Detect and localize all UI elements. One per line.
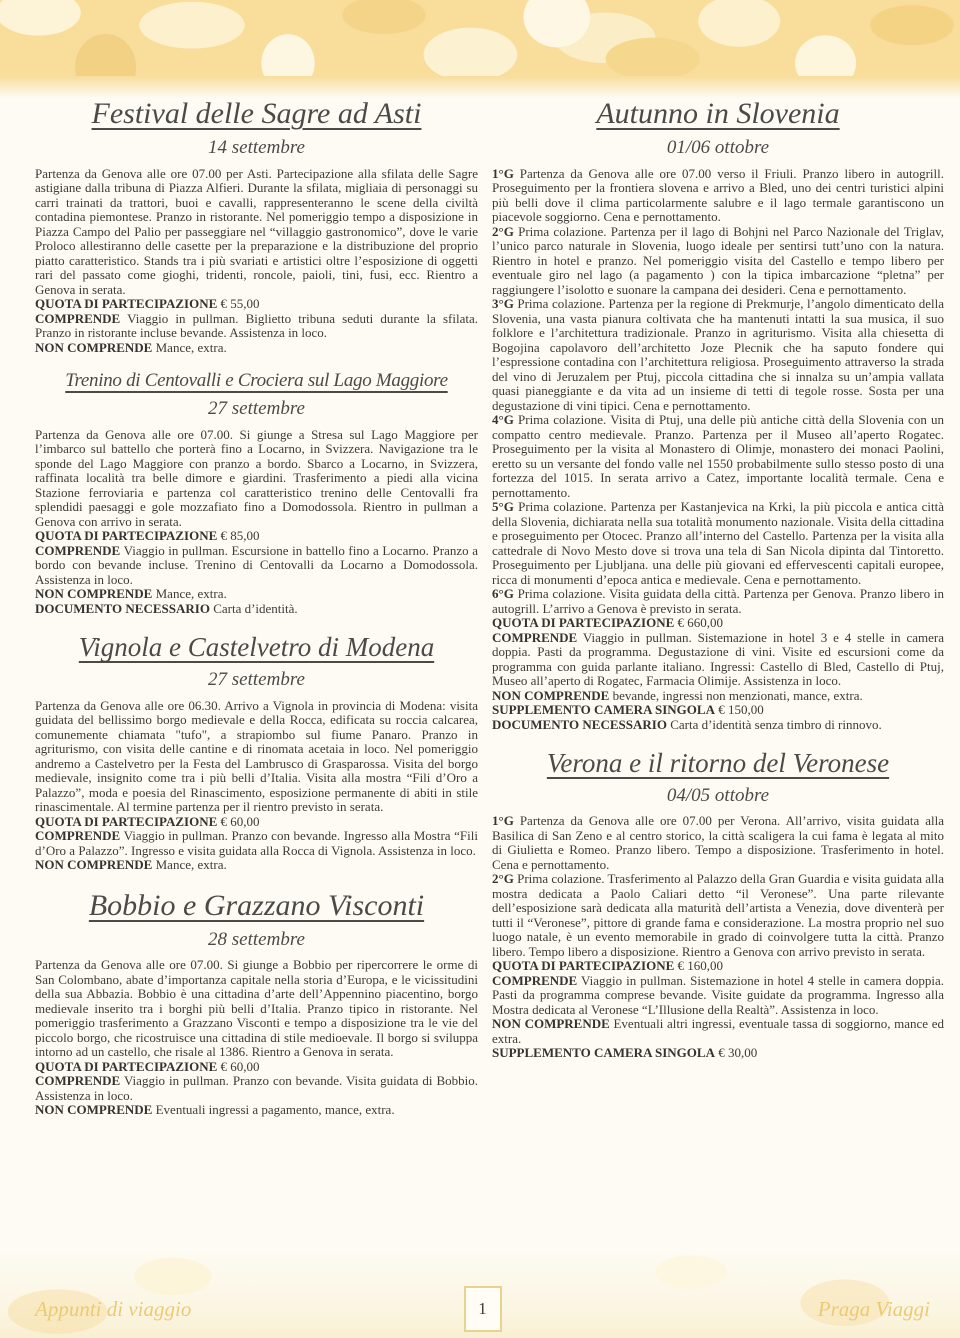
paragraph: QUOTA DI PARTECIPAZIONE € 60,00 [35, 1060, 478, 1075]
paragraph: QUOTA DI PARTECIPAZIONE € 160,00 [492, 959, 944, 974]
section-body: Partenza da Genova alle ore 07.00. Si gi… [35, 958, 478, 1118]
paragraph: NON COMPRENDE Eventuali ingressi a pagam… [35, 1103, 478, 1118]
paragraph: COMPRENDE Viaggio in pullman. Biglietto … [35, 312, 478, 341]
paragraph: COMPRENDE Viaggio in pullman. Sistemazio… [492, 631, 944, 689]
paragraph: 2°G Prima colazione. Trasferimento al Pa… [492, 872, 944, 959]
paragraph-label: QUOTA DI PARTECIPAZIONE [35, 296, 217, 311]
section-date: 01/06 ottobre [492, 137, 944, 160]
paragraph-label: NON COMPRENDE [492, 688, 609, 703]
paragraph-text: € 60,00 [221, 814, 260, 829]
brochure-page: Festival delle Sagre ad Asti 14 settembr… [0, 0, 960, 1338]
paragraph: NON COMPRENDE Mance, extra. [35, 587, 478, 602]
paragraph: COMPRENDE Viaggio in pullman. Pranzo con… [35, 829, 478, 858]
left-column: Festival delle Sagre ad Asti 14 settembr… [35, 96, 478, 1118]
paragraph-text: Partenza da Genova alle ore 07.00. Si gi… [35, 957, 478, 1059]
section-title: Trenino di Centovalli e Crociera sul Lag… [35, 370, 478, 393]
paragraph-text: € 30,00 [718, 1045, 757, 1060]
paragraph-text: Partenza da Genova alle ore 07.00 verso … [492, 166, 944, 225]
right-column: Autunno in Slovenia 01/06 ottobre 1°G Pa… [492, 96, 944, 1118]
paragraph: Partenza da Genova alle ore 07.00. Si gi… [35, 958, 478, 1060]
paragraph-text: Mance, extra. [156, 586, 227, 601]
paragraph: 5°G Prima colazione. Partenza per Kastan… [492, 500, 944, 587]
section-date: 27 settembre [35, 669, 478, 692]
paragraph: QUOTA DI PARTECIPAZIONE € 660,00 [492, 616, 944, 631]
paragraph-text: € 160,00 [678, 958, 724, 973]
section-title: Vignola e Castelvetro di Modena [35, 631, 478, 663]
paragraph: NON COMPRENDE Mance, extra. [35, 858, 478, 873]
paragraph-label: QUOTA DI PARTECIPAZIONE [492, 958, 674, 973]
paragraph: 4°G Prima colazione. Visita di Ptuj, una… [492, 413, 944, 500]
paragraph-label: QUOTA DI PARTECIPAZIONE [35, 1059, 217, 1074]
trip-section: Verona e il ritorno del Veronese 04/05 o… [492, 747, 944, 1061]
paragraph-text: Prima colazione. Visita di Ptuj, una del… [492, 412, 944, 500]
paragraph-text: Partenza da Genova alle ore 07.00. Si gi… [35, 427, 478, 529]
paragraph: 3°G Prima colazione. Partenza per la reg… [492, 297, 944, 413]
paragraph-text: Partenza da Genova alle ore 06.30. Arriv… [35, 698, 478, 815]
paragraph: 1°G Partenza da Genova alle ore 07.00 ve… [492, 167, 944, 225]
paragraph: 2°G Prima colazione. Partenza per il lag… [492, 225, 944, 298]
paragraph-label: DOCUMENTO NECESSARIO [492, 717, 667, 732]
section-body: 1°G Partenza da Genova alle ore 07.00 pe… [492, 814, 944, 1061]
paragraph-text: Carta d’identità. [213, 601, 297, 616]
paragraph-text: € 85,00 [221, 528, 260, 543]
paragraph-label: NON COMPRENDE [492, 1016, 610, 1031]
paragraph-label: NON COMPRENDE [35, 1102, 152, 1117]
paragraph-label: 2°G [492, 871, 514, 886]
paragraph: NON COMPRENDE bevande, ingressi non menz… [492, 689, 944, 704]
section-title: Verona e il ritorno del Veronese [492, 747, 944, 779]
section-body: Partenza da Genova alle ore 07.00. Si gi… [35, 428, 478, 617]
paragraph-label: 2°G [492, 224, 514, 239]
paragraph: NON COMPRENDE Eventuali altri ingressi, … [492, 1017, 944, 1046]
trip-section: Trenino di Centovalli e Crociera sul Lag… [35, 370, 478, 616]
paragraph-text: Mance, extra. [156, 857, 227, 872]
paragraph-text: bevande, ingressi non menzionati, mance,… [613, 688, 863, 703]
paragraph-text: Mance, extra. [156, 340, 227, 355]
paragraph-label: COMPRENDE [492, 973, 577, 988]
page-number-box: 1 [464, 1286, 502, 1332]
paragraph: 1°G Partenza da Genova alle ore 07.00 pe… [492, 814, 944, 872]
paragraph-label: 4°G [492, 412, 514, 427]
page-number: 1 [478, 1299, 487, 1319]
trip-section: Festival delle Sagre ad Asti 14 settembr… [35, 96, 478, 355]
paragraph: DOCUMENTO NECESSARIO Carta d’identità. [35, 602, 478, 617]
section-title: Autunno in Slovenia [492, 96, 944, 132]
paragraph-label: 1°G [492, 166, 514, 181]
paragraph: QUOTA DI PARTECIPAZIONE € 60,00 [35, 815, 478, 830]
paragraph-text: Eventuali ingressi a pagamento, mance, e… [156, 1102, 395, 1117]
paragraph-text: € 55,00 [221, 296, 260, 311]
paragraph-label: 6°G [492, 586, 514, 601]
paragraph: COMPRENDE Viaggio in pullman. Escursione… [35, 544, 478, 588]
paragraph: SUPPLEMENTO CAMERA SINGOLA € 150,00 [492, 703, 944, 718]
trip-section: Autunno in Slovenia 01/06 ottobre 1°G Pa… [492, 96, 944, 732]
paragraph-text: Prima colazione. Visita guidata della ci… [492, 586, 944, 616]
paragraph: NON COMPRENDE Mance, extra. [35, 341, 478, 356]
paragraph: Partenza da Genova alle ore 07.00. Si gi… [35, 428, 478, 530]
paragraph-text: € 150,00 [718, 702, 764, 717]
section-body: 1°G Partenza da Genova alle ore 07.00 ve… [492, 167, 944, 733]
page-footer: Appunti di viaggio 1 Praga Viaggi [0, 1286, 960, 1332]
paragraph-text: Partenza da Genova alle ore 07.00 per Ve… [492, 813, 944, 872]
paragraph-text: Prima colazione. Partenza per la regione… [492, 296, 944, 413]
paragraph-text: Prima colazione. Partenza per Kastanjevi… [492, 499, 944, 587]
paragraph-label: QUOTA DI PARTECIPAZIONE [35, 528, 217, 543]
paragraph: COMPRENDE Viaggio in pullman. Sistemazio… [492, 974, 944, 1018]
footer-brand-left: Appunti di viaggio [35, 1297, 464, 1322]
paragraph-text: Prima colazione. Trasferimento al Palazz… [492, 871, 944, 959]
trip-section: Bobbio e Grazzano Visconti 28 settembre … [35, 888, 478, 1118]
trip-section: Vignola e Castelvetro di Modena 27 sette… [35, 631, 478, 872]
paragraph-label: COMPRENDE [35, 543, 120, 558]
paragraph-label: SUPPLEMENTO CAMERA SINGOLA [492, 702, 715, 717]
paragraph: Partenza da Genova alle ore 07.00 per As… [35, 167, 478, 298]
paragraph-label: NON COMPRENDE [35, 340, 152, 355]
section-body: Partenza da Genova alle ore 07.00 per As… [35, 167, 478, 356]
paragraph-label: QUOTA DI PARTECIPAZIONE [35, 814, 217, 829]
paragraph-label: DOCUMENTO NECESSARIO [35, 601, 210, 616]
footer-brand-right: Praga Viaggi [502, 1297, 931, 1322]
paragraph: QUOTA DI PARTECIPAZIONE € 55,00 [35, 297, 478, 312]
paragraph-label: NON COMPRENDE [35, 857, 152, 872]
paragraph-label: QUOTA DI PARTECIPAZIONE [492, 615, 674, 630]
paragraph-label: COMPRENDE [492, 630, 577, 645]
section-date: 04/05 ottobre [492, 785, 944, 808]
paragraph-label: COMPRENDE [35, 1073, 120, 1088]
paragraph-text: Carta d’identità senza timbro di rinnovo… [670, 717, 882, 732]
paragraph-label: COMPRENDE [35, 828, 120, 843]
page-content: Festival delle Sagre ad Asti 14 settembr… [35, 96, 944, 1118]
paragraph: DOCUMENTO NECESSARIO Carta d’identità se… [492, 718, 944, 733]
paragraph-label: NON COMPRENDE [35, 586, 152, 601]
floral-top-band [0, 0, 960, 84]
paragraph: SUPPLEMENTO CAMERA SINGOLA € 30,00 [492, 1046, 944, 1061]
section-date: 27 settembre [35, 398, 478, 421]
paragraph-label: 3°G [492, 296, 514, 311]
section-title: Festival delle Sagre ad Asti [35, 96, 478, 132]
paragraph: Partenza da Genova alle ore 06.30. Arriv… [35, 699, 478, 815]
section-title: Bobbio e Grazzano Visconti [35, 888, 478, 924]
paragraph-label: 1°G [492, 813, 514, 828]
paragraph-label: 5°G [492, 499, 514, 514]
paragraph-text: € 60,00 [221, 1059, 260, 1074]
paragraph-label: SUPPLEMENTO CAMERA SINGOLA [492, 1045, 715, 1060]
paragraph: COMPRENDE Viaggio in pullman. Pranzo con… [35, 1074, 478, 1103]
paragraph-label: COMPRENDE [35, 311, 120, 326]
paragraph-text: € 660,00 [678, 615, 724, 630]
section-date: 14 settembre [35, 137, 478, 160]
paragraph-text: Partenza da Genova alle ore 07.00 per As… [35, 166, 478, 297]
paragraph: 6°G Prima colazione. Visita guidata dell… [492, 587, 944, 616]
paragraph: QUOTA DI PARTECIPAZIONE € 85,00 [35, 529, 478, 544]
paragraph-text: Prima colazione. Partenza per il lago di… [492, 224, 944, 297]
section-body: Partenza da Genova alle ore 06.30. Arriv… [35, 699, 478, 873]
section-date: 28 settembre [35, 929, 478, 952]
